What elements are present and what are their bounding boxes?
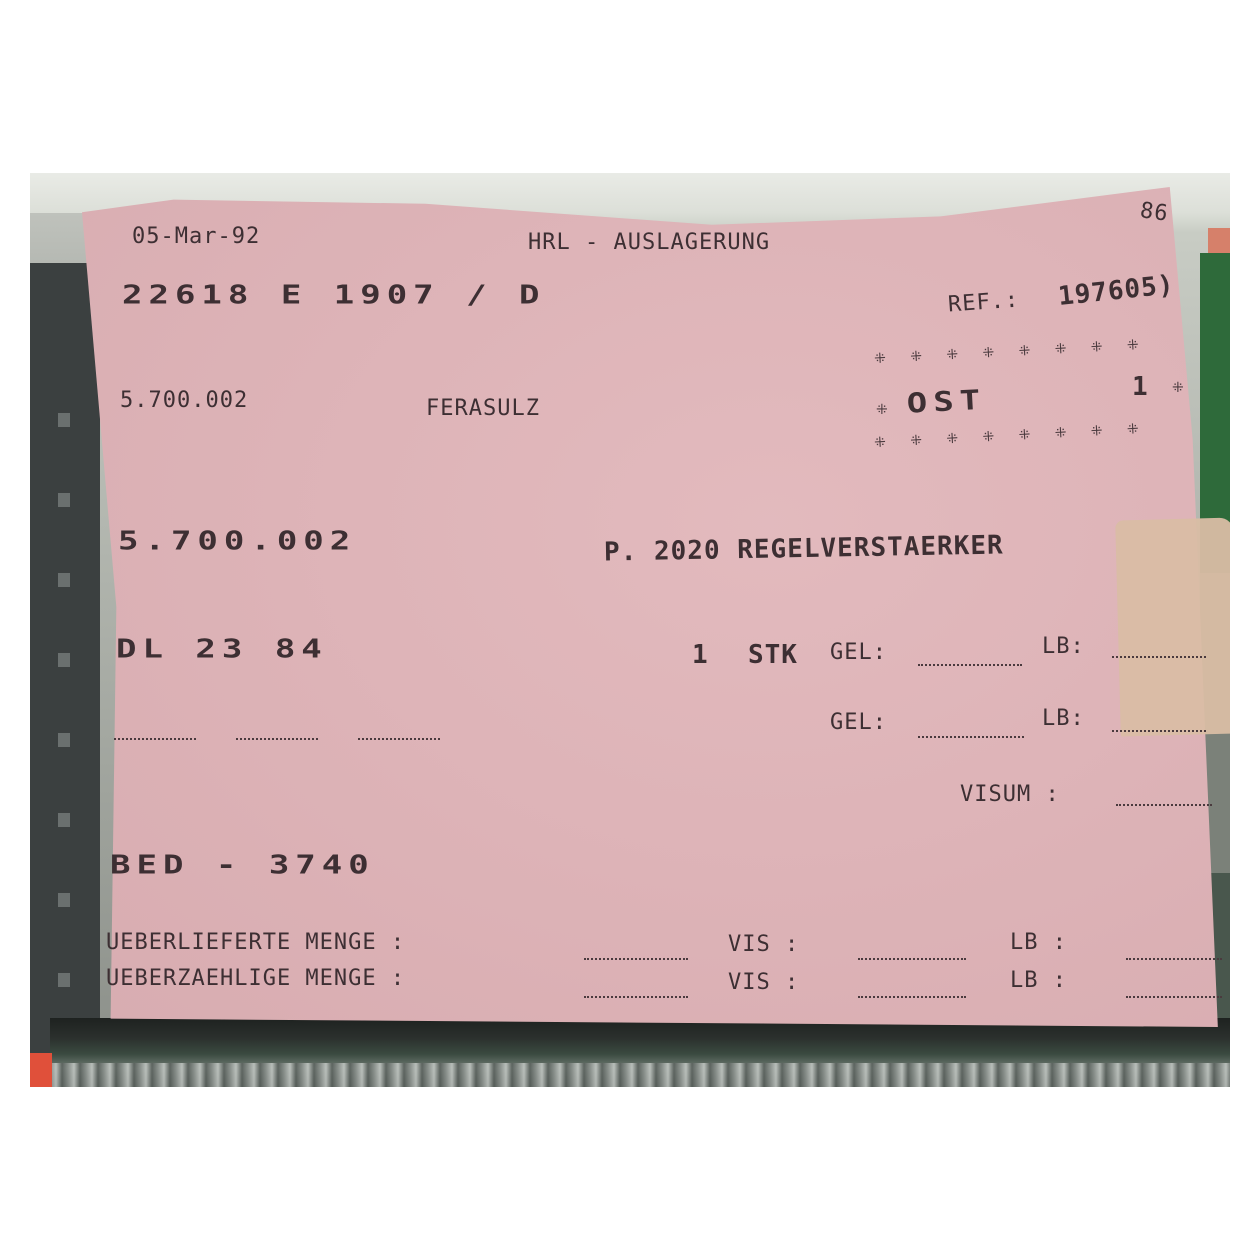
over-delivered-field — [584, 958, 688, 960]
star-border-right: ⁜ — [1172, 380, 1192, 396]
location-number: 1 — [1132, 372, 1149, 402]
lb-label-3: LB : — [1010, 930, 1067, 955]
lb-field-3 — [1126, 958, 1222, 960]
gel-label-1: GEL: — [830, 640, 887, 665]
blank-field — [114, 738, 196, 740]
orange-corner — [30, 1053, 52, 1087]
gel-field-1 — [918, 664, 1022, 666]
blank-field — [358, 738, 440, 740]
lb-label-2: LB: — [1042, 706, 1085, 731]
paper-shading — [82, 187, 1227, 1027]
lb-field-4 — [1126, 996, 1222, 998]
vis-field-2 — [858, 996, 966, 998]
pink-label-slip — [82, 187, 1227, 1027]
article-number-large: 5.700.002 — [118, 526, 356, 556]
star-border-left: ⁜ — [876, 402, 896, 418]
surplus-label: UEBERZAEHLIGE MENGE : — [106, 966, 405, 991]
frame-grip — [58, 413, 70, 427]
corner-number: 86 — [1138, 198, 1170, 227]
over-delivered-label: UEBERLIEFERTE MENGE : — [106, 930, 405, 955]
vis-field-1 — [858, 958, 966, 960]
vis-label-2: VIS : — [728, 970, 799, 995]
vis-label-1: VIS : — [728, 932, 799, 957]
frame-grip — [58, 573, 70, 587]
dl-line: DL 23 84 — [116, 634, 328, 664]
frame-grip — [58, 493, 70, 507]
gel-label-2: GEL: — [830, 710, 887, 735]
device-frame-left — [30, 263, 100, 1063]
order-line: 22618 E 1907 / D — [122, 280, 546, 310]
article-number-small: 5.700.002 — [120, 388, 248, 413]
quantity: 1 — [692, 640, 709, 670]
frame-grip — [58, 733, 70, 747]
frame-grip — [58, 813, 70, 827]
lb-field-2 — [1112, 730, 1206, 732]
adhesive-tape — [1115, 517, 1230, 736]
ref-label: REF.: — [947, 288, 1020, 318]
unit: STK — [748, 640, 798, 670]
connector-teeth — [50, 1063, 1230, 1087]
visum-field — [1116, 804, 1212, 806]
slip-title: HRL - AUSLAGERUNG — [528, 230, 770, 255]
location-code: OST — [906, 384, 987, 420]
frame-grip — [58, 653, 70, 667]
bed-line: BED - 3740 — [110, 850, 375, 880]
blank-field — [236, 738, 318, 740]
lb-field-1 — [1112, 656, 1206, 658]
frame-grip — [58, 893, 70, 907]
slip-date: 05-Mar-92 — [132, 224, 260, 249]
lb-label-4: LB : — [1010, 968, 1067, 993]
surplus-field — [584, 996, 688, 998]
visum-label: VISUM : — [960, 782, 1060, 807]
supplier-name: FERASULZ — [426, 396, 540, 421]
lb-label-1: LB: — [1042, 634, 1085, 659]
gel-field-2 — [918, 736, 1024, 738]
frame-grip — [58, 973, 70, 987]
